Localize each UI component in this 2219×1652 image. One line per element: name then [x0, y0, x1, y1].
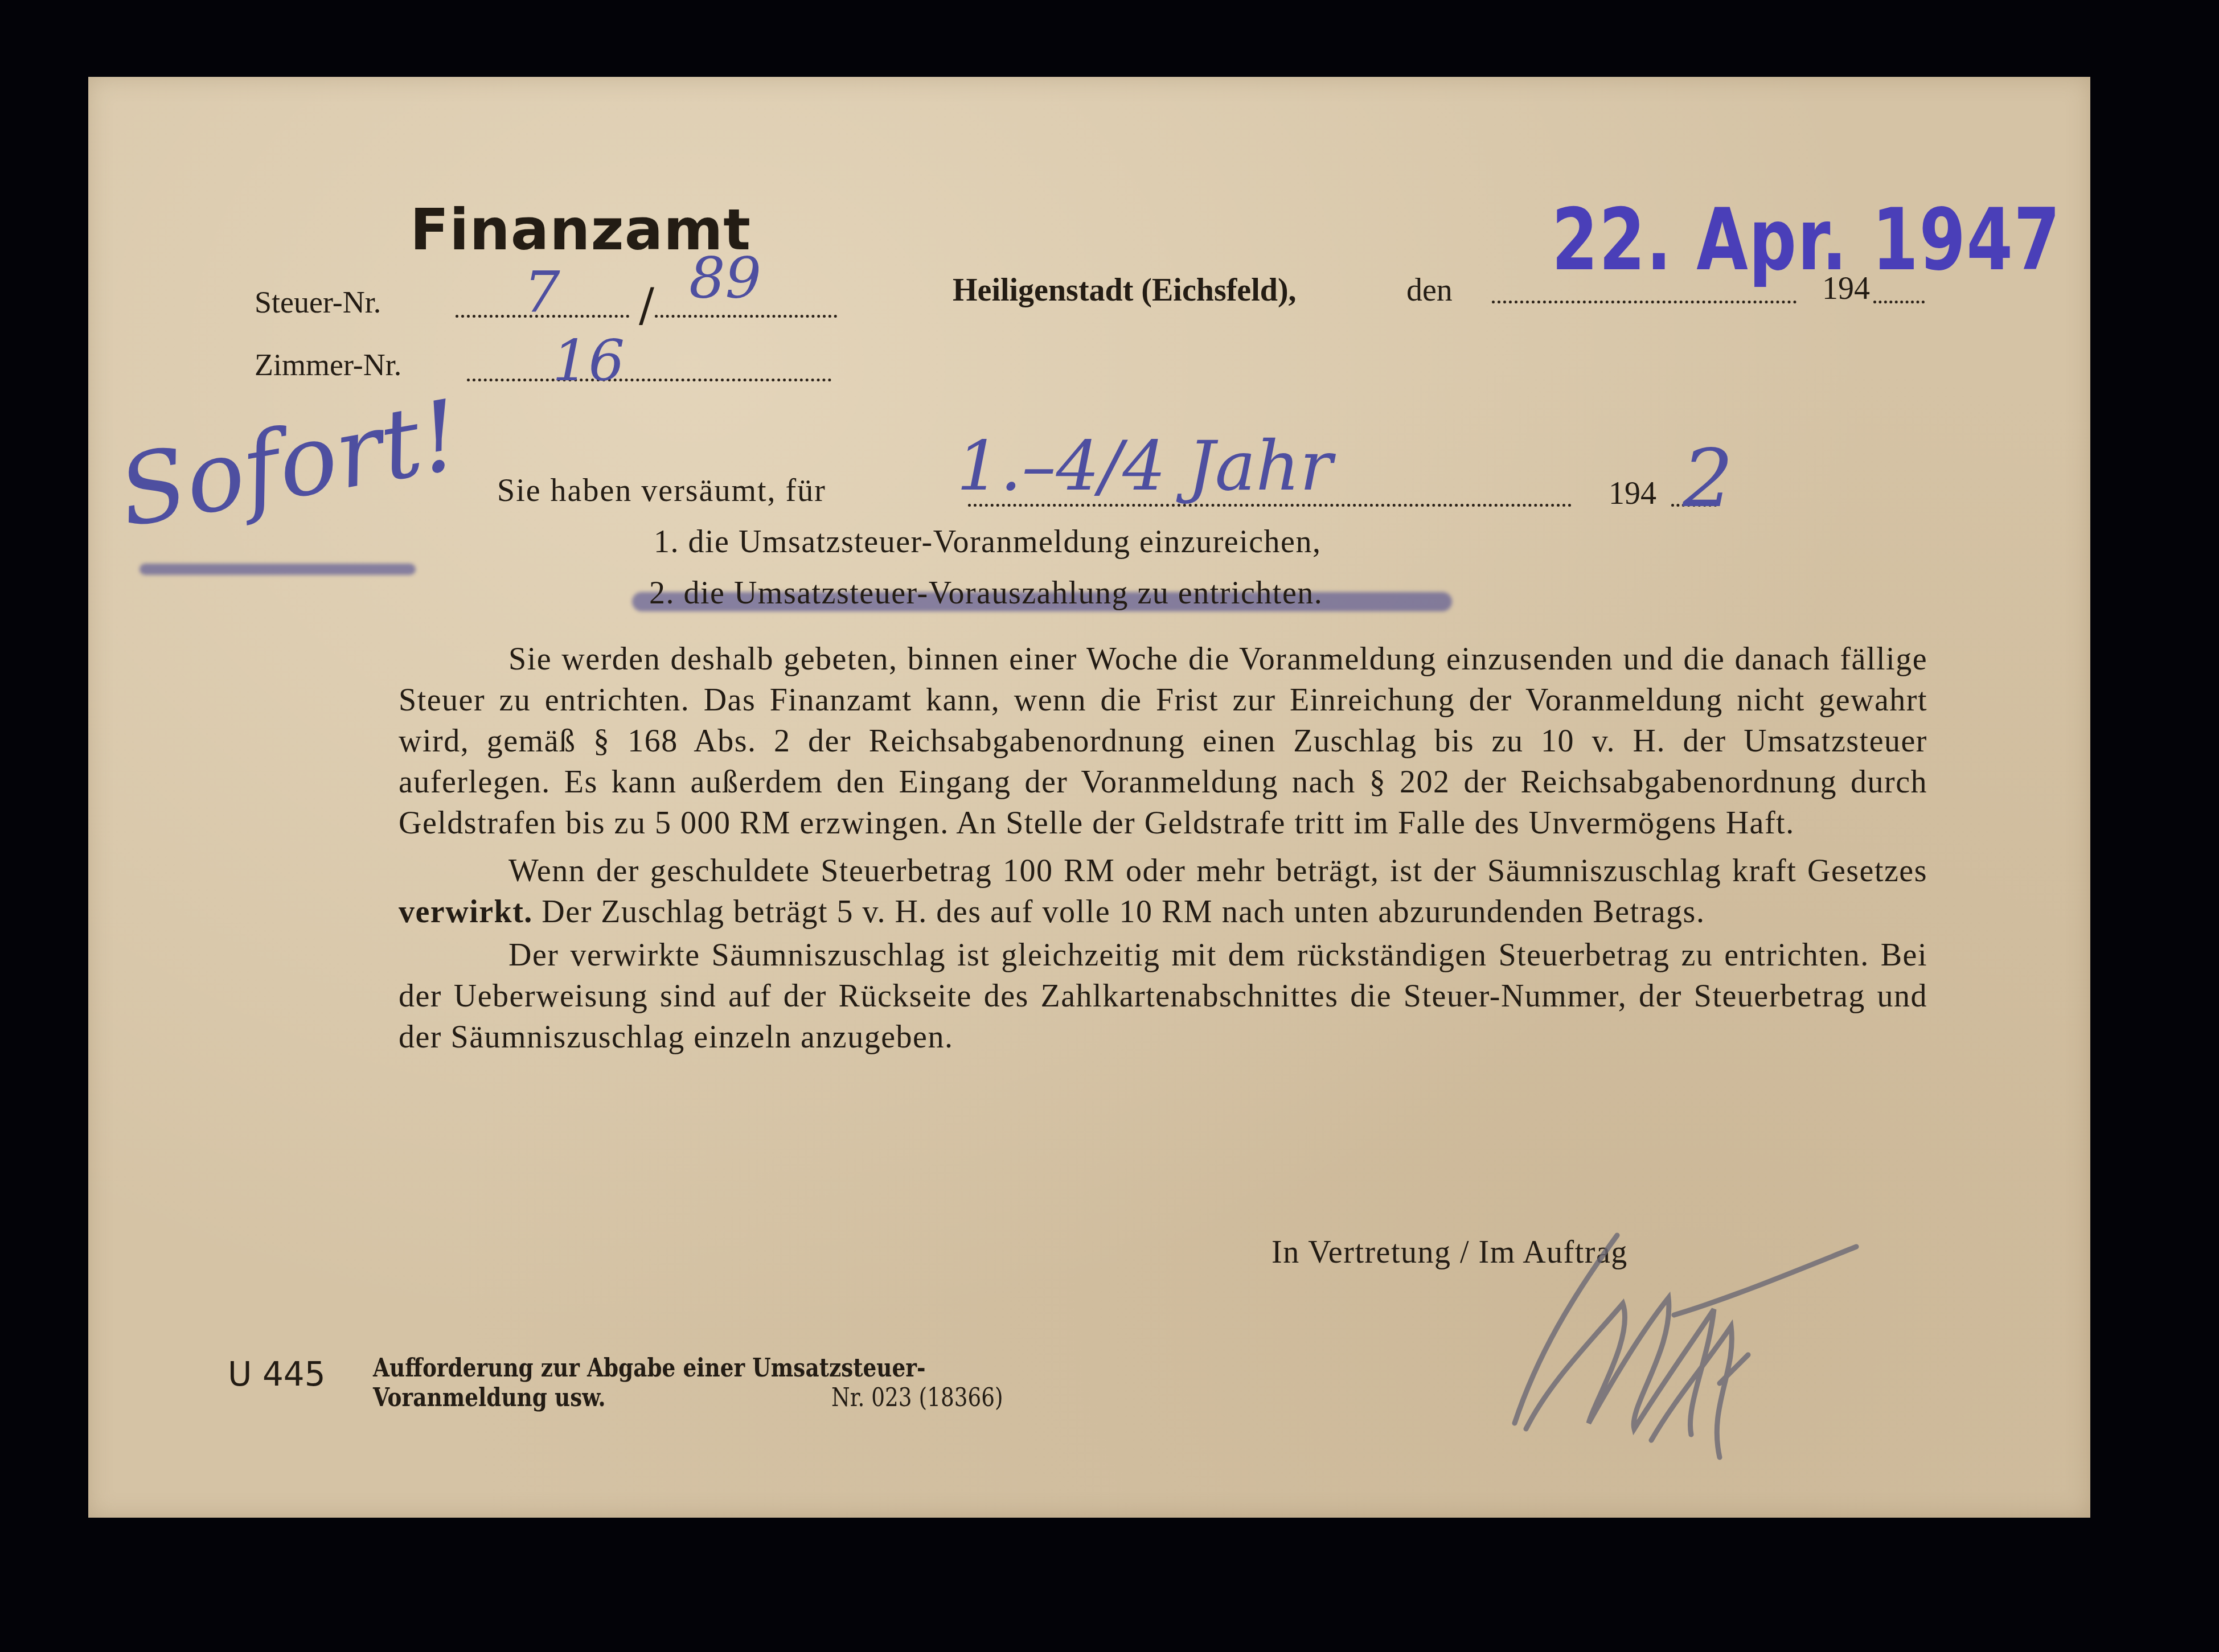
steuer-nr-label: Steuer-Nr.: [255, 285, 381, 320]
steuer-nr-dotted-line-2: [655, 315, 837, 318]
form-title-line-1: Aufforderung zur Abgabe einer Umsatzsteu…: [373, 1354, 925, 1383]
year-dotted-line: [1873, 301, 1925, 303]
den-label: den: [1406, 272, 1453, 309]
paragraph-1: Sie werden deshalb gebeten, binnen einer…: [399, 639, 1927, 844]
notice-year-prefix: 194: [1609, 475, 1656, 512]
paragraph-2: Wenn der geschuldete Steuerbetrag 100 RM…: [399, 850, 1927, 932]
steuer-nr-separator: /: [639, 279, 654, 332]
notice-item-1: 1. die Umsatzsteuer-Voranmeldung einzure…: [654, 524, 1321, 560]
form-code: U 445: [228, 1355, 326, 1394]
steuer-nr-part1-handwritten: 7: [524, 259, 560, 326]
zimmer-nr-handwritten: 16: [552, 327, 625, 394]
zimmer-nr-dotted-line: [467, 379, 831, 381]
paragraph-2-bold: verwirkt.: [399, 894, 533, 930]
date-dotted-line: [1492, 301, 1796, 303]
zimmer-nr-label: Zimmer-Nr.: [255, 347, 401, 383]
notice-year-handwritten: 2: [1683, 433, 1733, 525]
period-handwritten: 1.–4/4 Jahr: [957, 427, 1332, 506]
body-text: Sie werden deshalb gebeten, binnen einer…: [399, 639, 1927, 1058]
notice-intro: Sie haben versäumt, für: [497, 472, 826, 509]
notice-item-2: 2. die Umsatzsteuer-Vorauszahlung zu ent…: [649, 575, 1323, 611]
paragraph-2-lead: Wenn der geschuldete Steuerbetrag 100 RM…: [508, 853, 1927, 889]
signature-scribble: [1503, 1213, 1902, 1463]
place-name: Heiligenstadt (Eichsfeld),: [953, 272, 1297, 309]
steuer-nr-part2-handwritten: 89: [689, 245, 761, 311]
form-title-line-2: Voranmeldung usw.: [373, 1383, 606, 1412]
form-number: Nr. 023 (18366): [831, 1383, 1003, 1412]
margin-note-underline: [140, 564, 416, 575]
paragraph-2-tail: Der Zuschlag beträgt 5 v. H. des auf vol…: [542, 894, 1705, 930]
paragraph-3: Der verwirkte Säumniszuschlag ist gleich…: [399, 935, 1927, 1058]
date-stamp: 22. Apr. 1947: [1552, 191, 2061, 290]
